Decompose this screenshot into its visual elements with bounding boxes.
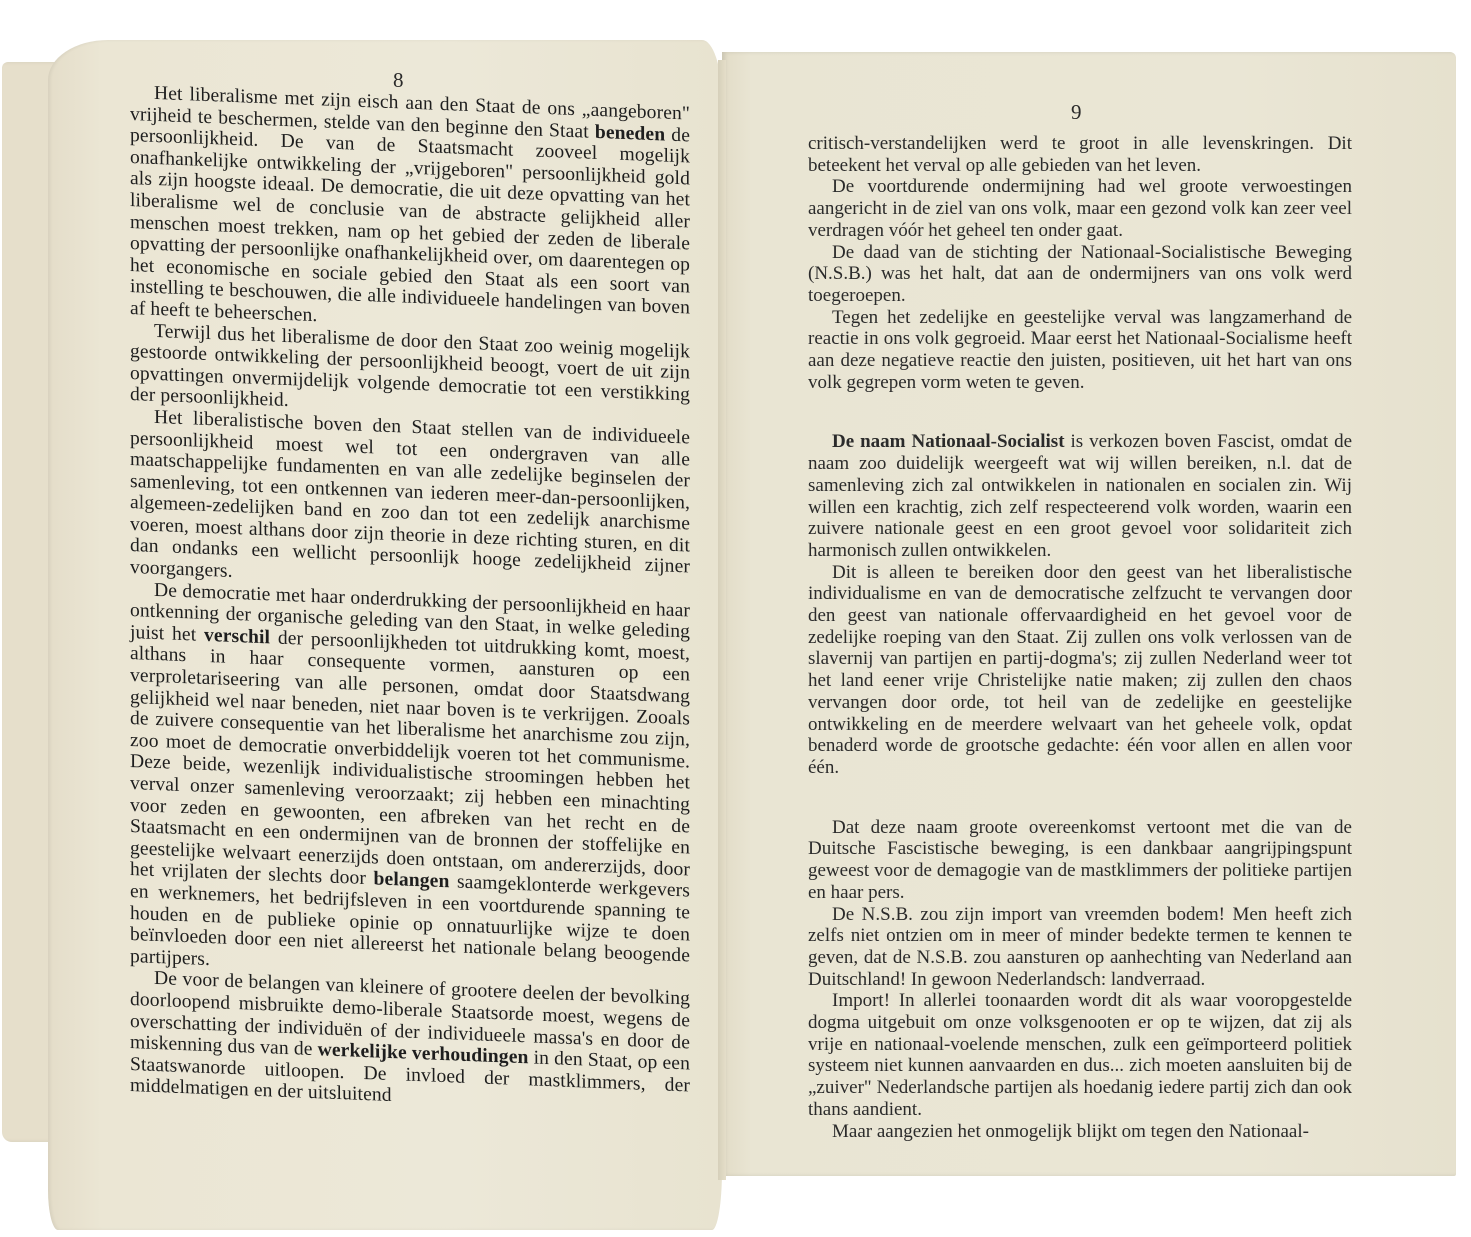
body-text: der persoonlijkheden tot uitdrukking kom… <box>130 627 690 890</box>
body-text: de persoonlijkheid. De van de Staatsmach… <box>130 124 690 326</box>
right-page-body: critisch-verstandelijken werd te groot i… <box>808 133 1352 1142</box>
body-text: critisch-verstandelijken werd te groot i… <box>808 133 1352 176</box>
paragraph: Het liberalisme met zijn eisch aan den S… <box>130 82 690 341</box>
book-gutter <box>718 60 726 1180</box>
paragraph: De voortdurende ondermijning had wel gro… <box>808 176 1352 241</box>
paragraph: Het liberalistische boven den Staat stel… <box>130 406 690 600</box>
paragraph: De N.S.B. zou zijn import van vreemden b… <box>808 904 1352 991</box>
paragraph: De daad van de stichting der Nationaal-S… <box>808 242 1352 307</box>
body-text: Tegen het zedelijke en geestelijke verva… <box>808 307 1352 393</box>
paragraph: Maar aangezien het onmogelijk blijkt om … <box>808 1121 1352 1143</box>
paragraph: De voor de belangen van kleinere of groo… <box>130 967 690 1118</box>
paragraph: De naam Nationaal-Socialist is verkozen … <box>808 431 1352 561</box>
body-text: De voortdurende ondermijning had wel gro… <box>808 176 1352 240</box>
body-text: Maar aangezien het onmogelijk blijkt om … <box>832 1121 1309 1142</box>
paragraph: critisch-verstandelijken werd te groot i… <box>808 133 1352 176</box>
emphasized-text: beneden <box>595 121 665 145</box>
paragraph: Tegen het zedelijke en geestelijke verva… <box>808 307 1352 394</box>
paragraph: De democratie met haar onderdrukking der… <box>130 579 690 989</box>
emphasized-text: verschil <box>204 625 270 649</box>
paragraph: Dat deze naam groote overeenkomst vertoo… <box>808 817 1352 904</box>
body-text: Import! In allerlei toonaarden wordt dit… <box>808 990 1352 1120</box>
page-number-right: 9 <box>1071 100 1082 125</box>
left-page-body: Het liberalisme met zijn eisch aan den S… <box>130 82 690 1118</box>
paragraph: Import! In allerlei toonaarden wordt dit… <box>808 990 1352 1120</box>
emphasized-text: belangen <box>374 869 450 893</box>
open-book: 8 9 Het liberalisme met zijn eisch aan d… <box>0 0 1471 1237</box>
body-text: Dit is alleen te bereiken door den geest… <box>808 562 1352 778</box>
paragraph: Dit is alleen te bereiken door den geest… <box>808 562 1352 779</box>
emphasized-text: De naam Nationaal-Socialist <box>832 431 1065 452</box>
body-text: De N.S.B. zou zijn import van vreemden b… <box>808 904 1352 990</box>
body-text: Het liberalistische boven den Staat stel… <box>130 407 690 582</box>
body-text: De daad van de stichting der Nationaal-S… <box>808 242 1352 306</box>
body-text: Dat deze naam groote overeenkomst vertoo… <box>808 817 1352 903</box>
page-number-left: 8 <box>393 68 404 93</box>
